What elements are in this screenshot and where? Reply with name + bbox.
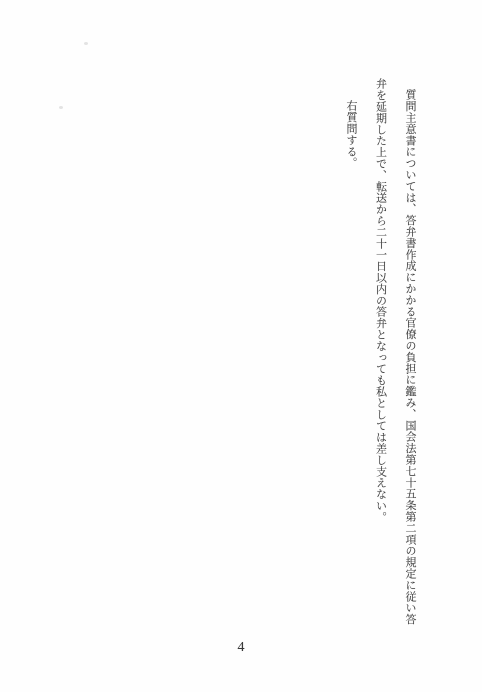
document-page: 質問主意書については、答弁書作成にかかる官僚の負担に鑑み、国会法第七十五条第二項… bbox=[0, 0, 482, 692]
scan-speck-icon bbox=[84, 42, 88, 45]
page-number: 4 bbox=[0, 640, 482, 656]
vertical-text-block: 質問主意書については、答弁書作成にかかる官僚の負担に鑑み、国会法第七十五条第二項… bbox=[336, 78, 425, 626]
scan-speck-icon bbox=[59, 106, 63, 109]
paragraph-body: 質問主意書については、答弁書作成にかかる官僚の負担に鑑み、国会法第七十五条第二項… bbox=[365, 78, 424, 626]
paragraph-closing: 右質問する。 bbox=[336, 78, 366, 626]
